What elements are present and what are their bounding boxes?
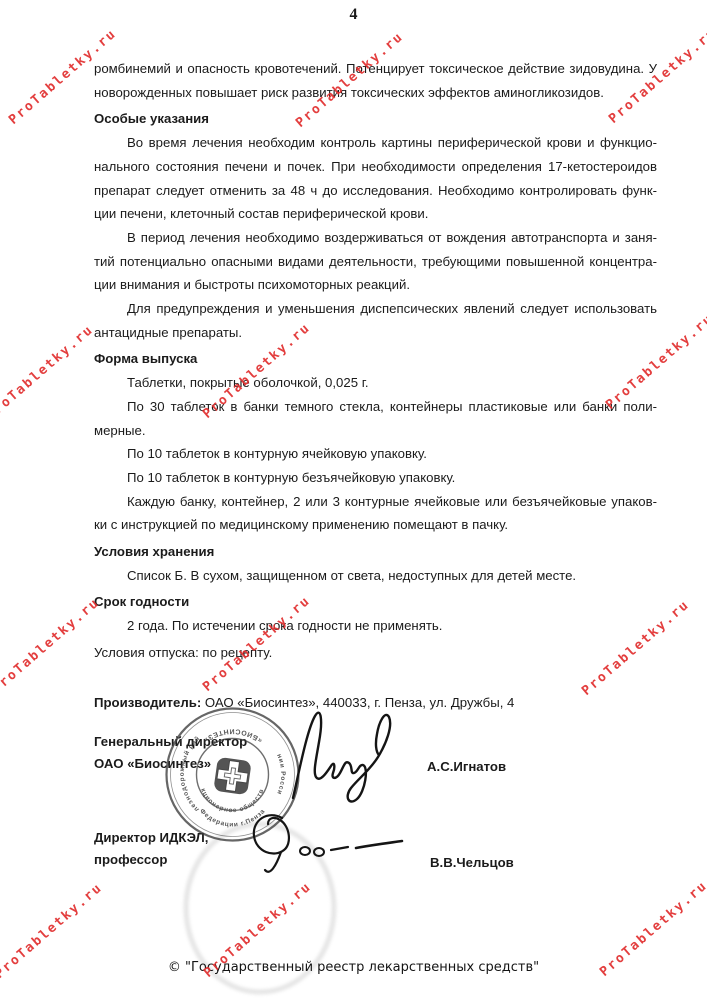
document-line: ции внимания и быстроты психомоторных ре… xyxy=(94,273,657,297)
document-page: 4 ромбинемий и опасность кровотечений. П… xyxy=(0,0,707,1000)
signatory-role-professor: профессор xyxy=(94,852,167,867)
document-line: Условия отпуска: по рецепту. xyxy=(94,641,657,665)
signatory-name-ignatov: А.С.Игнатов xyxy=(427,759,506,774)
document-line: Список Б. В сухом, защищенном от света, … xyxy=(94,564,657,588)
document-line: Во время лечения необходим контроль карт… xyxy=(94,131,657,155)
section-heading: Условия хранения xyxy=(94,540,657,564)
svg-text:«БИОСИНТЕЗ»: «БИОСИНТЕЗ» xyxy=(201,727,264,744)
stamp-text-biosintez: «БИОСИНТЕЗ» xyxy=(201,727,264,744)
document-line: ки с инструкцией по медицинскому примене… xyxy=(94,513,657,537)
protabletky-watermark: ProTabletky.ru xyxy=(0,595,103,697)
page-number: 4 xyxy=(0,6,707,24)
document-line: препарат следует отменить за 48 ч до исс… xyxy=(94,179,657,203)
document-line: По 10 таблеток в контурную безъячейковую… xyxy=(94,466,657,490)
document-line: По 10 таблеток в контурную ячейковую упа… xyxy=(94,442,657,466)
document-line: антацидные препараты. xyxy=(94,321,657,345)
signatory-name-cheltsov: В.В.Чельцов xyxy=(430,855,514,870)
stamp-text-society: акционерное общество xyxy=(162,704,266,814)
document-line: тий потенциально опасными видами деятель… xyxy=(94,250,657,274)
document-line: Таблетки, покрытые оболочкой, 0,025 г. xyxy=(94,371,657,395)
stamp-cross-emblem xyxy=(213,757,251,795)
document-line: Каждую банку, контейнер, 2 или 3 контурн… xyxy=(94,490,657,514)
svg-text:акционерное общество: акционерное общество xyxy=(162,704,266,814)
section-heading: Форма выпуска xyxy=(94,347,657,371)
signature-ignatov xyxy=(285,700,405,820)
document-line: Для предупреждения и уменьшения диспепси… xyxy=(94,297,657,321)
document-line: нального состояния печени и почек. При н… xyxy=(94,155,657,179)
section-heading: Срок годности xyxy=(94,590,657,614)
document-line: новорожденных повышает риск развития ток… xyxy=(94,81,657,105)
document-body: ромбинемий и опасность кровотечений. Пот… xyxy=(94,57,657,665)
section-heading: Особые указания xyxy=(94,107,657,131)
protabletky-watermark: ProTabletky.ru xyxy=(0,322,97,424)
document-line: ции печени, клеточный состав периферичес… xyxy=(94,202,657,226)
document-line: 2 года. По истечении срока годности не п… xyxy=(94,614,657,638)
document-line: По 30 таблеток в банки темного стекла, к… xyxy=(94,395,657,419)
document-line: В период лечения необходимо воздерживать… xyxy=(94,226,657,250)
signature-cheltsov xyxy=(238,806,418,882)
document-line: мерные. xyxy=(94,419,657,443)
